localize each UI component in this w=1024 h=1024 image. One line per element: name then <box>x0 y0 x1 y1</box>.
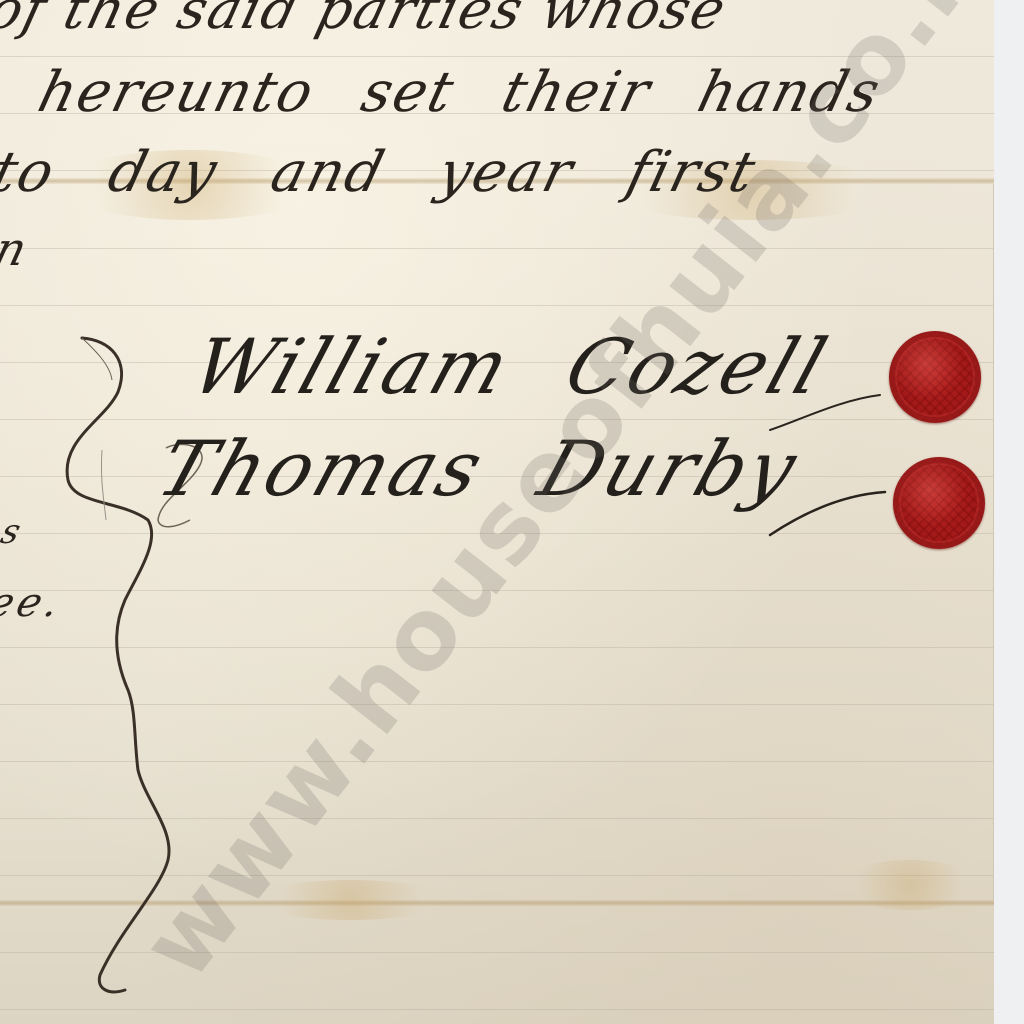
signature-william: William Cozell <box>182 322 840 411</box>
wax-seal-icon <box>889 331 981 423</box>
paper-edge-notch <box>1014 898 1024 908</box>
age-stain <box>840 860 980 910</box>
document-text-line: of the said parties whose <box>0 0 734 41</box>
wax-seal-icon <box>893 457 985 549</box>
document-text-line: to day and year first <box>0 140 763 205</box>
paper-edge-notch <box>1014 176 1024 186</box>
